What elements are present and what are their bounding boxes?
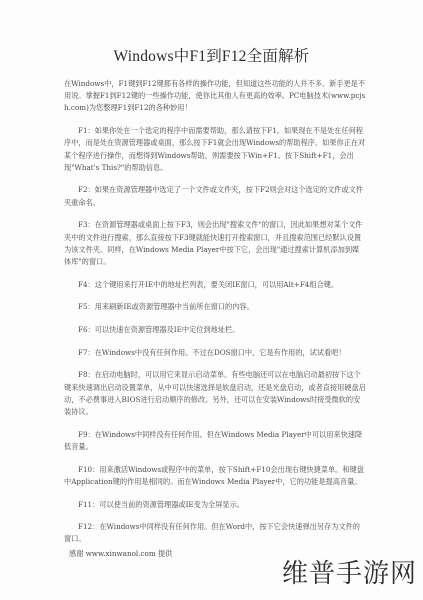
intro-paragraph: 在Windows中，F1键到F12键都有各样的操作功能，但知道这些功能的人并不多…	[64, 78, 366, 115]
paragraph-f6: F6：可以快速在资源管理器及IE中定位到地址栏。	[64, 324, 366, 336]
document-page: Windows中F1到F12全面解析 在Windows中，F1键到F12键都有各…	[0, 0, 423, 600]
paragraph-f1: F1：如果你处在一个选定的程序中而需要帮助，那么请按下F1。如果现在不是处在任何…	[64, 125, 366, 174]
paragraph-f12: F12：在Windows中同样没有任何作用。但在Word中，按下它会快速弹出另存…	[64, 521, 366, 545]
paragraph-f5: F5：用来刷新IE或资源管理器中当前所在窗口的内容。	[64, 301, 366, 313]
paragraph-f2: F2：如果在资源管理器中选定了一个文件或文件夹，按下F2则会对这个选定的文件或文…	[64, 184, 366, 208]
paragraph-f7: F7：在Windows中没有任何作用。不过在DOS窗口中，它是有作用的，试试看吧…	[64, 347, 366, 359]
site-watermark: 维普手游网	[282, 553, 417, 590]
paragraph-f11: F11：可以使当前的资源管理器或IE变为全屏显示。	[64, 499, 366, 511]
paragraph-f8: F8：在启动电脑时，可以用它来显示启动菜单。有些电脑还可以在电脑启动最初按下这个…	[64, 369, 366, 418]
document-title: Windows中F1到F12全面解析	[0, 44, 423, 66]
paragraph-f10: F10：用来激活Windows或程序中的菜单，按下Shift+F10会出现右键快…	[64, 464, 366, 488]
paragraph-f3: F3：在资源管理器或桌面上按下F3，则会出现"搜索文件"的窗口，因此如果想对某个…	[64, 219, 366, 268]
paragraph-f4: F4：这个键用来打开IE中的地址栏列表，要关闭IE窗口，可以用Alt+F4组合键…	[64, 279, 366, 291]
document-body: 在Windows中，F1键到F12键都有各样的操作功能，但知道这些功能的人并不多…	[64, 78, 366, 560]
paragraph-f9: F9：在Windows中同样没有任何作用。但在Windows Media Pla…	[64, 429, 366, 453]
